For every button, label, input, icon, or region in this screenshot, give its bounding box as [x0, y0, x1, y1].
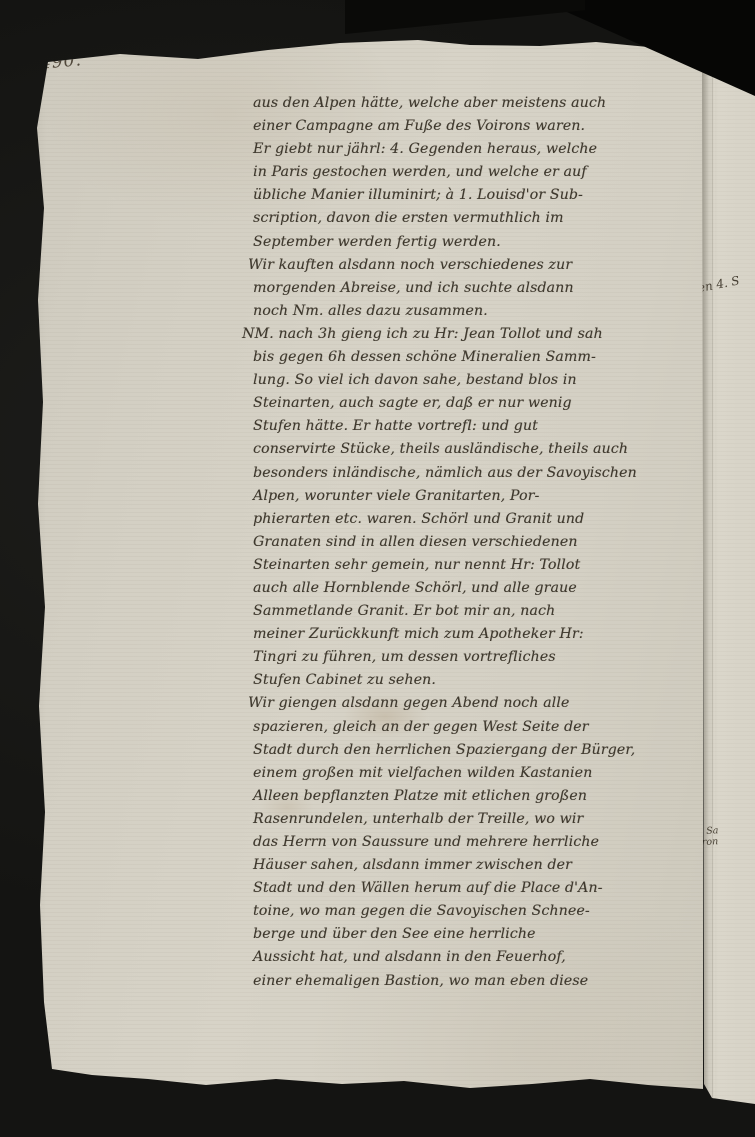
manuscript-line: Steinarten sehr gemein, nur nennt Hr: To… — [253, 554, 635, 577]
manuscript-line: einem großen mit vielfachen wilden Kasta… — [253, 762, 635, 785]
manuscript-line: Stadt durch den herrlichen Spaziergang d… — [253, 739, 635, 762]
manuscript-line: einer ehemaligen Bastion, wo man eben di… — [253, 970, 635, 993]
scan-background: 490. aus den Alpen hätte, welche aber me… — [0, 0, 755, 1137]
manuscript-line: September werden fertig werden. — [253, 231, 635, 254]
manuscript-line: in Paris gestochen werden, und welche er… — [253, 161, 635, 184]
manuscript-line: besonders inländische, nämlich aus der S… — [253, 462, 635, 485]
manuscript-line: NM. nach 3h gieng ich zu Hr: Jean Tollot… — [242, 323, 635, 346]
manuscript-line: aus den Alpen hätte, welche aber meisten… — [253, 92, 635, 115]
manuscript-text-block: aus den Alpen hätte, welche aber meisten… — [253, 92, 635, 993]
manuscript-line: auch alle Hornblende Schörl, und alle gr… — [253, 577, 635, 600]
manuscript-line: conservirte Stücke, theils ausländische,… — [253, 438, 635, 461]
manuscript-line: Stufen hätte. Er hatte vortrefl: und gut — [253, 415, 635, 438]
manuscript-line: Er giebt nur jährl: 4. Gegenden heraus, … — [253, 138, 635, 161]
manuscript-line: lung. So viel ich davon sahe, bestand bl… — [253, 369, 635, 392]
backdrop-cloth-fold — [345, 0, 585, 34]
manuscript-line: spazieren, gleich an der gegen West Seit… — [253, 716, 635, 739]
manuscript-line: Wir giengen alsdann gegen Abend noch all… — [248, 692, 635, 715]
manuscript-line: noch Nm. alles dazu zusammen. — [253, 300, 635, 323]
paragraph-2: Wir kauften alsdann noch verschiedenes z… — [253, 254, 635, 323]
manuscript-line: berge und über den See eine herrliche — [253, 923, 635, 946]
manuscript-line: das Herrn von Saussure und mehrere herrl… — [253, 831, 635, 854]
manuscript-line: Tingri zu führen, um dessen vortrefliche… — [253, 646, 635, 669]
manuscript-line: Steinarten, auch sagte er, daß er nur we… — [253, 392, 635, 415]
manuscript-line: toine, wo man gegen die Savoyischen Schn… — [253, 900, 635, 923]
manuscript-page: 490. aus den Alpen hätte, welche aber me… — [0, 0, 755, 1137]
manuscript-line: Stufen Cabinet zu sehen. — [253, 669, 635, 692]
manuscript-line: scription, davon die ersten vermuthlich … — [253, 207, 635, 230]
manuscript-line: bis gegen 6h dessen schöne Mineralien Sa… — [253, 346, 635, 369]
manuscript-line: Häuser sahen, alsdann immer zwischen der — [253, 854, 635, 877]
manuscript-line: Stadt und den Wällen herum auf die Place… — [253, 877, 635, 900]
paragraph-3: NM. nach 3h gieng ich zu Hr: Jean Tollot… — [253, 323, 635, 693]
manuscript-line: Alpen, worunter viele Granitarten, Por- — [253, 485, 635, 508]
next-page-edge: den 4. S † la Sa Fron — [698, 26, 755, 1104]
manuscript-line: einer Campagne am Fuße des Voirons waren… — [253, 115, 635, 138]
manuscript-line: Alleen bepflanzten Platze mit etlichen g… — [253, 785, 635, 808]
manuscript-line: Wir kauften alsdann noch verschiedenes z… — [248, 254, 635, 277]
page-number: 490. — [39, 50, 82, 74]
manuscript-line: phierarten etc. waren. Schörl und Granit… — [253, 508, 635, 531]
manuscript-line: morgenden Abreise, und ich suchte alsdan… — [253, 277, 635, 300]
manuscript-line: übliche Manier illuminirt; à 1. Louisd'o… — [253, 184, 635, 207]
manuscript-line: Rasenrundelen, unterhalb der Treille, wo… — [253, 808, 635, 831]
paragraph-1: aus den Alpen hätte, welche aber meisten… — [253, 92, 635, 254]
manuscript-line: Sammetlande Granit. Er bot mir an, nach — [253, 600, 635, 623]
manuscript-line: Aussicht hat, und alsdann in den Feuerho… — [253, 946, 635, 969]
manuscript-line: Granaten sind in allen diesen verschiede… — [253, 531, 635, 554]
paragraph-4: Wir giengen alsdann gegen Abend noch all… — [253, 692, 635, 992]
manuscript-line: meiner Zurückkunft mich zum Apotheker Hr… — [253, 623, 635, 646]
